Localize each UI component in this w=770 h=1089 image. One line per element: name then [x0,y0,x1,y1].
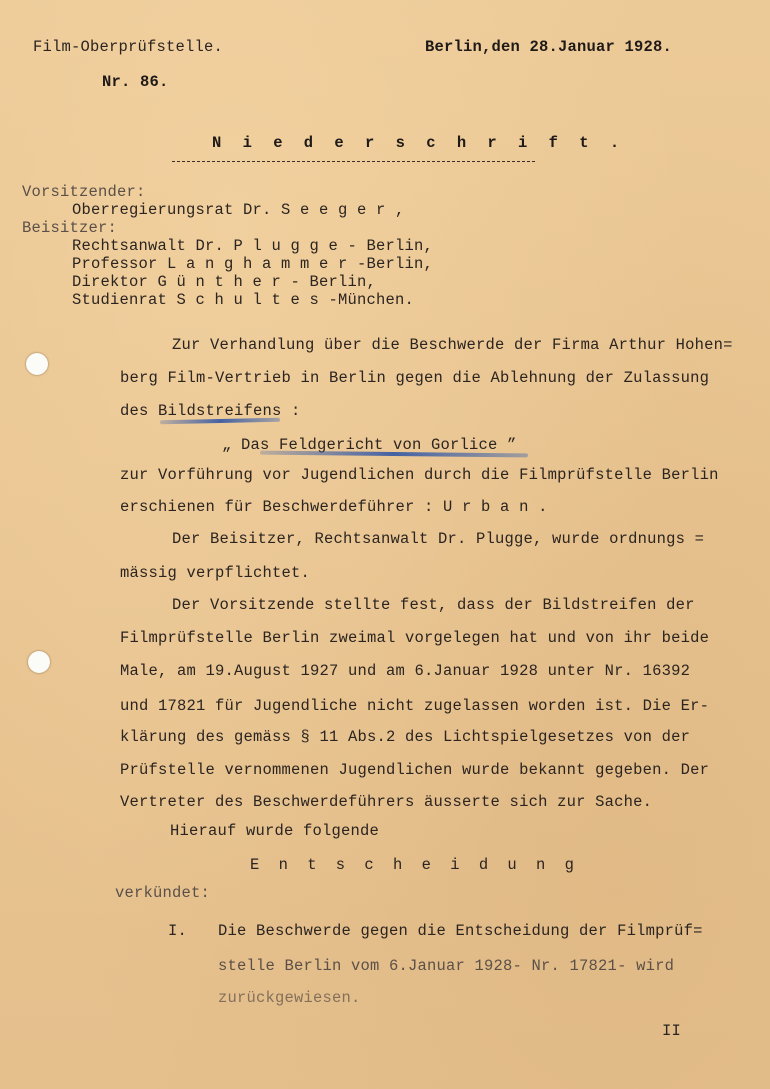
decision-item-number: I. [168,922,187,940]
decision-line-2: stelle Berlin vom 6.Januar 1928- Nr. 178… [218,957,674,975]
assessor-3: Direktor G ü n t h e r - Berlin, [72,273,376,291]
body-line-12: und 17821 für Jugendliche nicht zugelass… [120,697,709,715]
document-title: N i e d e r s c h r i f t . [212,134,625,152]
assessors-label: Beisitzer: [22,219,117,237]
continuation-marker: II [662,1022,681,1040]
announced-label: verkündet: [115,884,210,902]
place-and-date: Berlin,den 28.Januar 1928. [425,38,672,56]
assessor-2: Professor L a n g h a m m e r -Berlin, [72,255,433,273]
assessor-1: Rechtsanwalt Dr. P l u g g e - Berlin, [72,237,433,255]
body-line-8: mässig verpflichtet. [120,564,310,582]
decision-line-3: zurückgewiesen. [218,989,361,1007]
body-line-10: Filmprüfstelle Berlin zweimal vorgelegen… [120,629,709,647]
issuing-authority: Film-Oberprüfstelle. [33,38,223,56]
body-line-6: erschienen für Beschwerdeführer : U r b … [120,498,548,516]
body-line-1: Zur Verhandlung über die Beschwerde der … [172,336,733,354]
body-line-11: Male, am 19.August 1927 und am 6.Januar … [120,662,690,680]
body-line-16: Hierauf wurde folgende [170,822,379,840]
punch-hole-top [26,353,48,375]
assessor-4: Studienrat S c h u l t e s -München. [72,291,414,309]
body-line-15: Vertreter des Beschwerdeführers äusserte… [120,793,652,811]
title-underline [172,161,535,162]
body-line-7: Der Beisitzer, Rechtsanwalt Dr. Plugge, … [172,530,704,548]
chair-name: Oberregierungsrat Dr. S e e g e r , [72,201,405,219]
decision-line-1: Die Beschwerde gegen die Entscheidung de… [218,922,703,940]
document-number: Nr. 86. [102,73,169,91]
decision-heading: E n t s c h e i d u n g [250,856,579,874]
body-line-13: klärung des gemäss § 11 Abs.2 des Lichts… [120,728,690,746]
body-line-2: berg Film-Vertrieb in Berlin gegen die A… [120,369,709,387]
document-page: Film-Oberprüfstelle. Berlin,den 28.Janua… [0,0,770,1089]
body-line-9: Der Vorsitzende stellte fest, dass der B… [172,596,695,614]
body-line-5: zur Vorführung vor Jugendlichen durch di… [120,466,719,484]
body-line-14: Prüfstelle vernommenen Jugendlichen wurd… [120,761,709,779]
chair-label: Vorsitzender: [22,183,146,201]
punch-hole-bottom [28,651,50,673]
